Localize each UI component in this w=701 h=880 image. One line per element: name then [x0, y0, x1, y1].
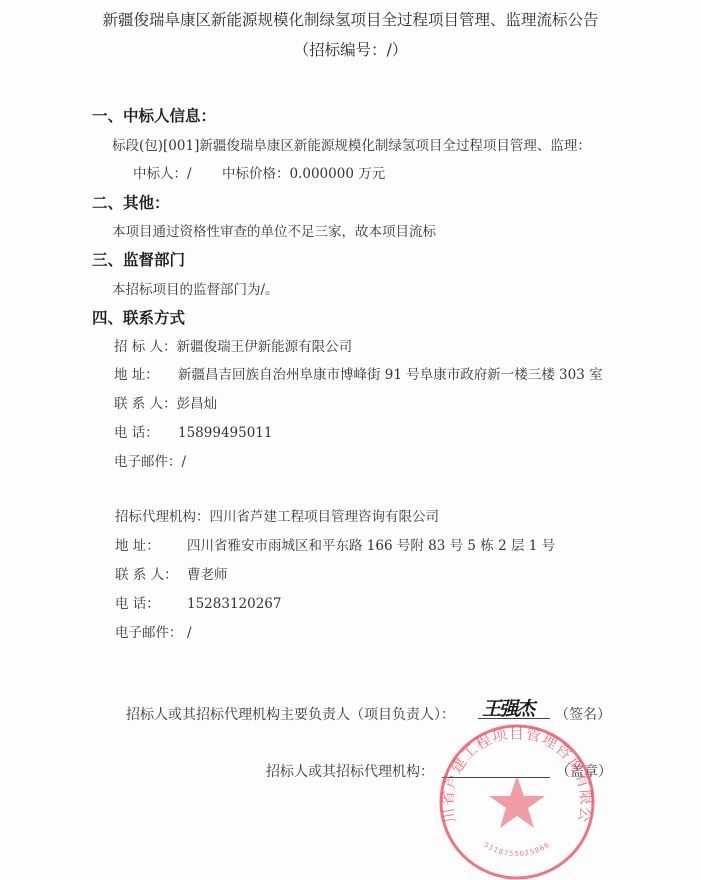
tenderer-address-row: 地 址：新疆昌吉回族自治州阜康市博峰街 91 号阜康市政府新一楼三楼 303 室 [114, 363, 603, 383]
supervision-note: 本招标项目的监督部门为/。 [112, 278, 279, 298]
agency-address-row: 地 址：四川省雅安市雨城区和平东路 166 号附 83 号 5 栋 2 层 1 … [115, 534, 555, 554]
other-note: 本项目通过资格性审查的单位不足三家，故本项目流标 [112, 220, 436, 240]
agency-email-label: 电子邮件： [115, 621, 187, 641]
tender-number: （招标编号：/） [0, 38, 701, 60]
section-heading-supervision: 三、监督部门 [92, 248, 185, 270]
agency-name-label: 招标代理机构： [115, 509, 210, 525]
tenderer-contact-person: 彭昌灿 [177, 396, 218, 412]
agency-phone-label: 电 话： [115, 592, 187, 612]
winner: 中标人：/ [133, 162, 192, 182]
section-heading-other: 二、其他： [92, 191, 170, 213]
agency-name-row: 招标代理机构：四川省芦建工程项目管理咨询有限公司 [115, 505, 439, 525]
agency-address: 四川省雅安市雨城区和平东路 166 号附 83 号 5 栋 2 层 1 号 [187, 538, 555, 554]
principal-label: 招标人或其招标代理机构主要负责人（项目负责人）： [126, 704, 455, 724]
agency-name: 四川省芦建工程项目管理咨询有限公司 [210, 509, 440, 525]
agency-phone-row: 电 话：15283120267 [115, 592, 281, 612]
agency-email: / [187, 625, 192, 641]
winning-price: 中标价格：0.000000 万元 [222, 162, 385, 182]
tenderer-phone: 15899495011 [178, 425, 272, 441]
tenderer-contact-row: 联 系 人：彭昌灿 [114, 392, 217, 412]
agency-address-label: 地 址： [115, 534, 187, 554]
stamp-number: 5118755025866 [482, 841, 551, 859]
lot-description: 标段(包)[001]新疆俊瑞阜康区新能源规模化制绿氢项目全过程项目管理、监理： [112, 134, 591, 154]
agency-contact-person: 曹老师 [187, 567, 228, 583]
section-heading-winner: 一、中标人信息： [92, 104, 216, 126]
tenderer-name-row: 招 标 人：新疆俊瑞王伊新能源有限公司 [114, 335, 352, 355]
tenderer-contact-label: 联 系 人： [114, 396, 177, 412]
agency-email-row: 电子邮件：/ [115, 621, 192, 641]
agency-contact-row: 联 系 人：曹老师 [115, 563, 228, 583]
company-seal-stamp: 四川省芦建工程项目管理咨询有限公司 5118755025866 [433, 718, 601, 880]
tenderer-address: 新疆昌吉回族自治州阜康市博峰街 91 号阜康市政府新一楼三楼 303 室 [178, 367, 603, 383]
star-icon [489, 776, 545, 828]
tenderer-email-row: 电子邮件：/ [114, 450, 186, 470]
svg-text:5118755025866: 5118755025866 [482, 841, 551, 859]
tenderer-phone-row: 电 话：15899495011 [114, 421, 272, 441]
document-title: 新疆俊瑞阜康区新能源规模化制绿氢项目全过程项目管理、监理流标公告 [0, 8, 701, 30]
agency-phone: 15283120267 [187, 596, 281, 612]
tenderer-address-label: 地 址： [114, 363, 178, 383]
tenderer-name: 新疆俊瑞王伊新能源有限公司 [177, 339, 353, 355]
tenderer-name-label: 招 标 人： [114, 339, 177, 355]
tenderer-email: / [182, 454, 187, 470]
tenderer-phone-label: 电 话： [114, 421, 178, 441]
section-heading-contact: 四、联系方式 [92, 306, 185, 328]
tenderer-email-label: 电子邮件： [114, 454, 182, 470]
agency-seal-label: 招标人或其招标代理机构： [266, 761, 434, 781]
agency-contact-label: 联 系 人： [115, 563, 187, 583]
handwritten-signature: 王强杰 [482, 694, 533, 721]
